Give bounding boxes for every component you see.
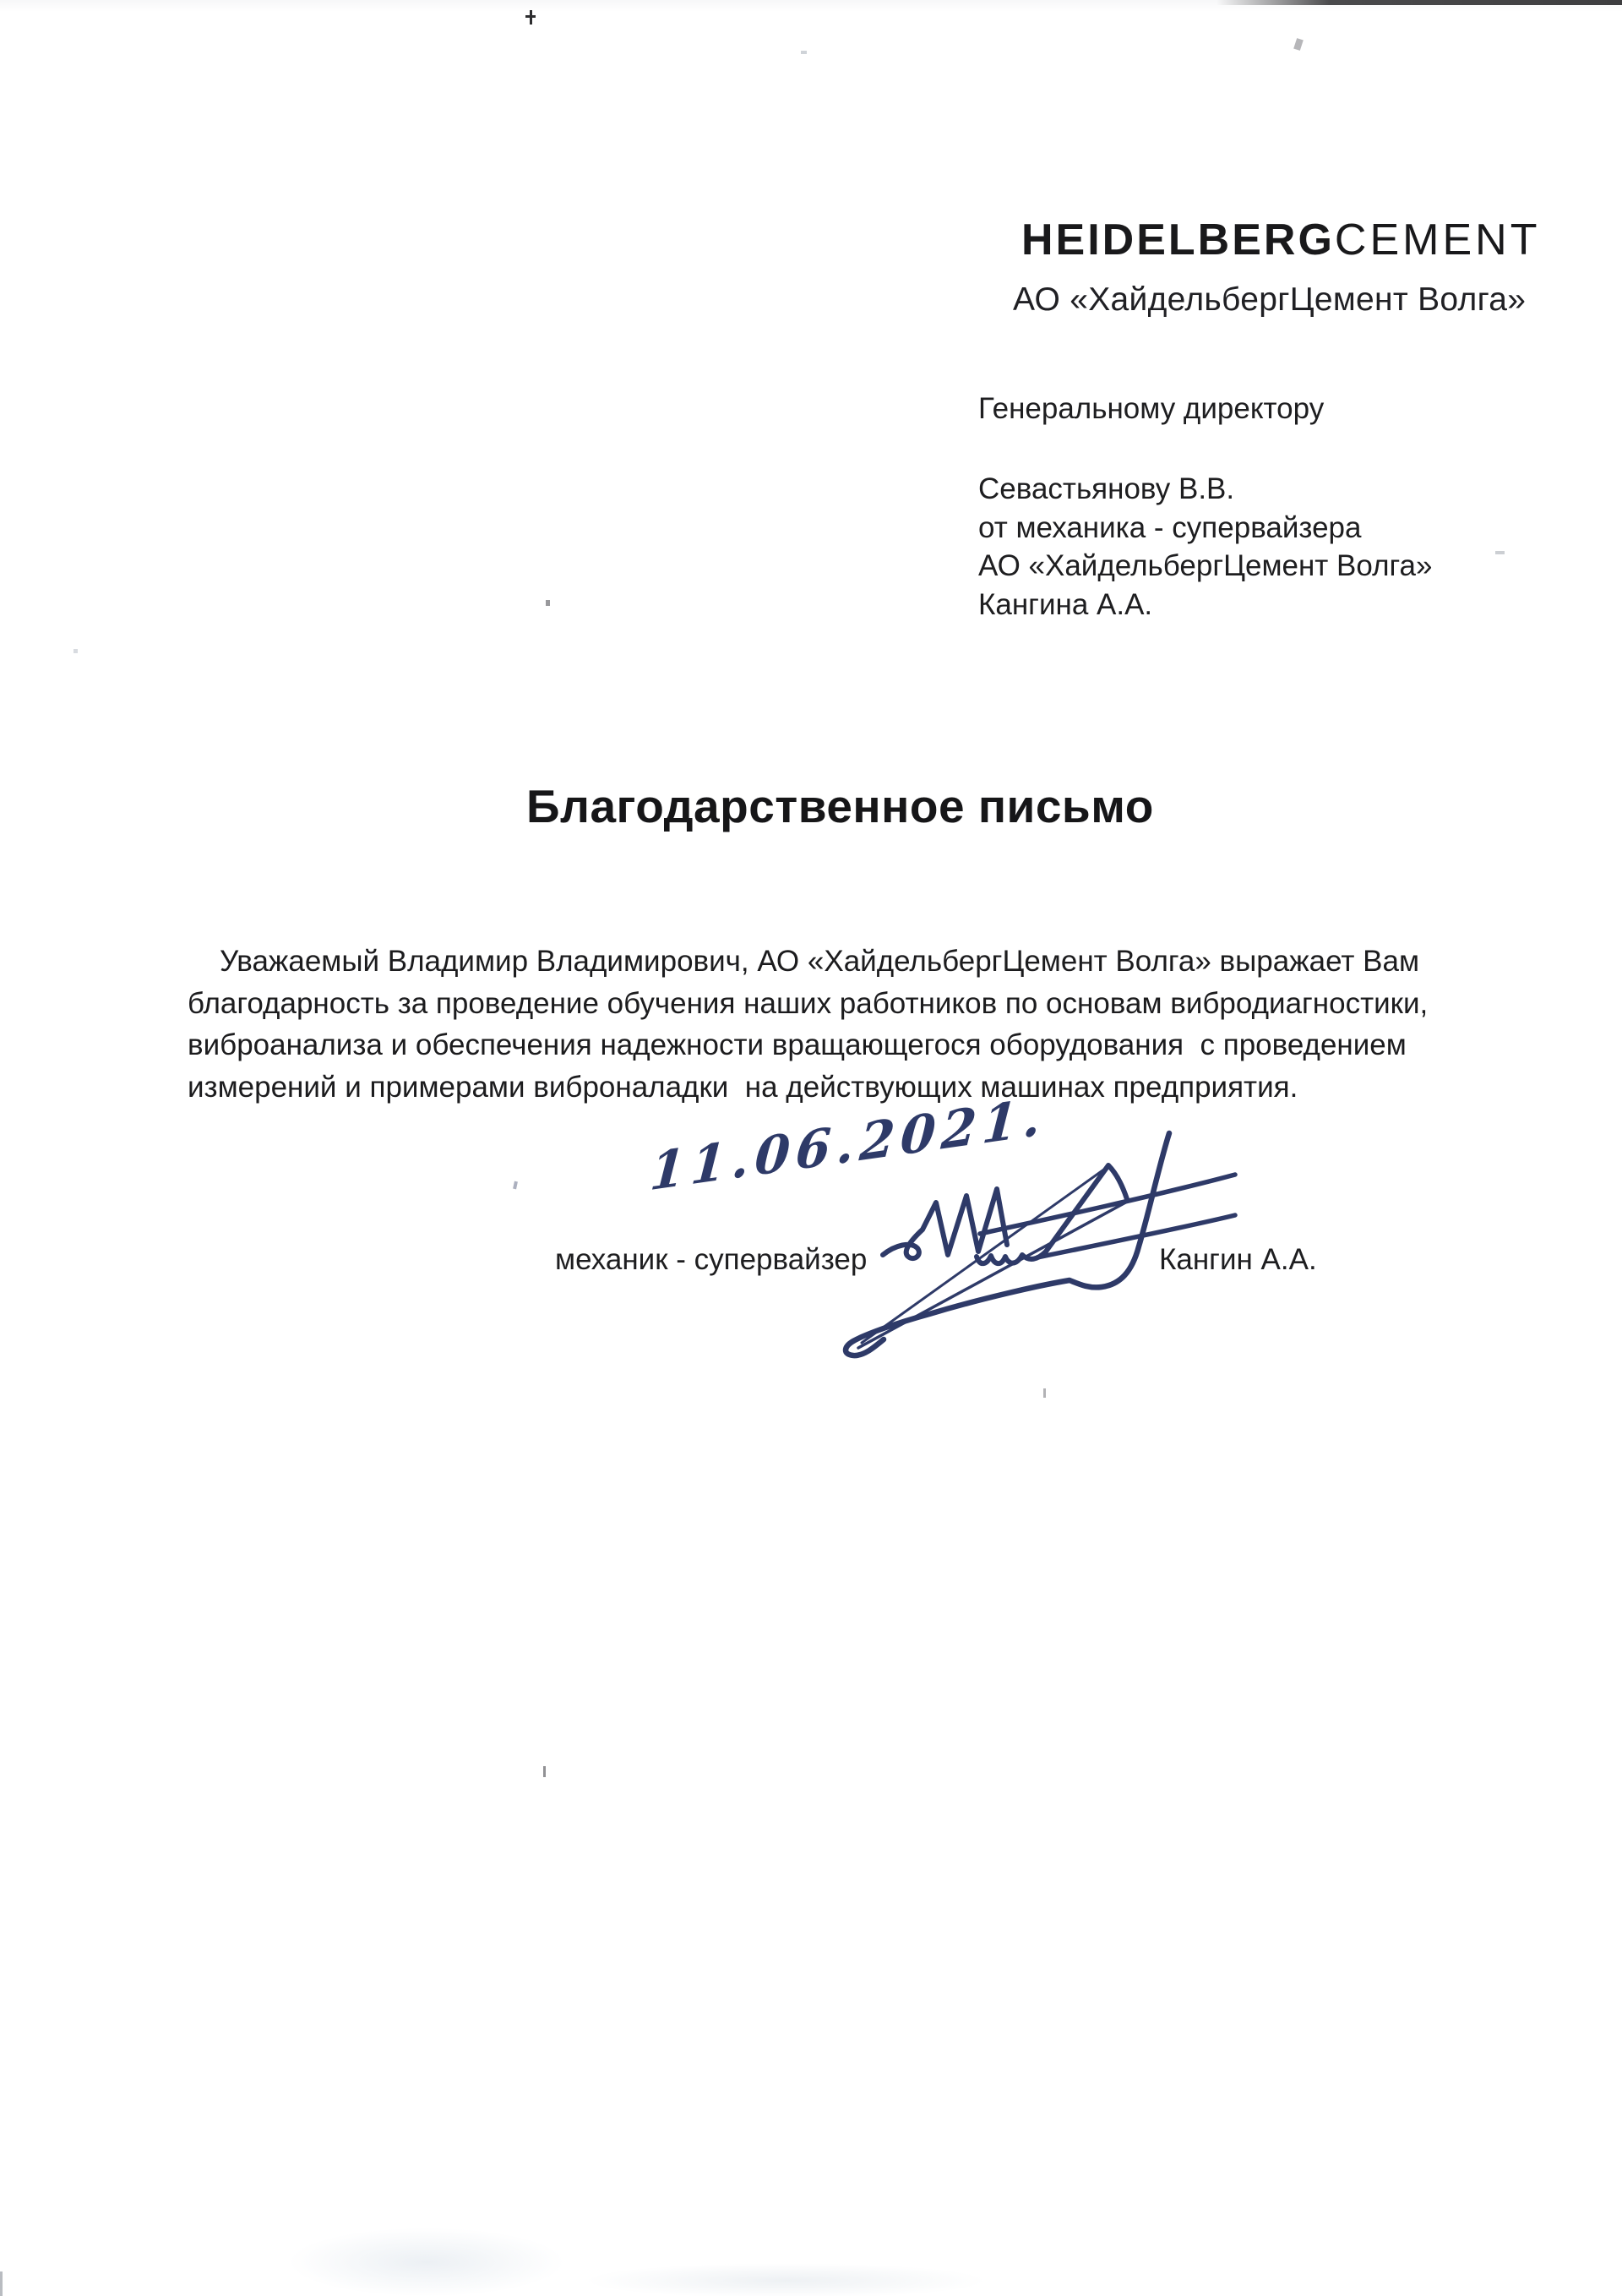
scan-haze-top bbox=[0, 0, 1622, 12]
body-line: виброанализа и обеспечения надежности вр… bbox=[188, 1024, 1428, 1066]
logo-bold-part: HEIDELBERG bbox=[1021, 215, 1335, 265]
recipient-position-line: Генеральному директору bbox=[978, 392, 1324, 426]
body-line: Уважаемый Владимир Владимирович, АО «Хай… bbox=[188, 941, 1428, 983]
scan-edge-sliver bbox=[0, 2271, 3, 2296]
recipient-name-line: Севастьянову В.В. bbox=[978, 470, 1432, 509]
scan-smudge-bottom bbox=[287, 2228, 566, 2296]
signature-stroke bbox=[862, 1169, 1105, 1343]
body-line: благодарность за проведение обучения наш… bbox=[188, 983, 1428, 1025]
logo-light-part: CEMENT bbox=[1335, 215, 1541, 265]
sender-name-line: Кангина А.А. bbox=[978, 586, 1432, 624]
scan-speck bbox=[1293, 38, 1304, 51]
scan-edge-dark-top bbox=[1216, 0, 1622, 5]
body-line: измерений и примерами виброналадки на де… bbox=[188, 1066, 1428, 1109]
letter-title: Благодарственное письмо bbox=[526, 779, 1154, 833]
letter-body: Уважаемый Владимир Владимирович, АО «Хай… bbox=[188, 941, 1428, 1108]
scan-speck bbox=[1043, 1388, 1046, 1398]
signature-stroke bbox=[858, 1201, 1129, 1348]
scanned-letter-page: HEIDELBERGCEMENT АО «ХайдельбергЦемент В… bbox=[0, 0, 1622, 2296]
sender-role-line: от механика - супервайзера bbox=[978, 509, 1432, 548]
scan-speck bbox=[1495, 551, 1505, 554]
scan-speck bbox=[73, 649, 78, 653]
scan-speck bbox=[513, 1181, 518, 1190]
scan-speck bbox=[543, 1766, 546, 1777]
signature-stroke bbox=[883, 1189, 1007, 1258]
recipient-block: Севастьянову В.В. от механика - супервай… bbox=[978, 470, 1432, 624]
scan-speck bbox=[546, 600, 550, 606]
heidelbergcement-logo: HEIDELBERGCEMENT bbox=[1021, 218, 1540, 262]
letterhead-company-name: АО «ХайдельбергЦемент Волга» bbox=[1013, 281, 1526, 319]
scan-speck bbox=[525, 15, 536, 18]
signer-name-label: Кангин А.А. bbox=[1159, 1243, 1317, 1277]
sender-company-line: АО «ХайдельбергЦемент Волга» bbox=[978, 547, 1432, 586]
scan-speck bbox=[801, 51, 807, 54]
scan-speck bbox=[530, 10, 532, 25]
scan-smudge-bottom bbox=[583, 2263, 988, 2296]
